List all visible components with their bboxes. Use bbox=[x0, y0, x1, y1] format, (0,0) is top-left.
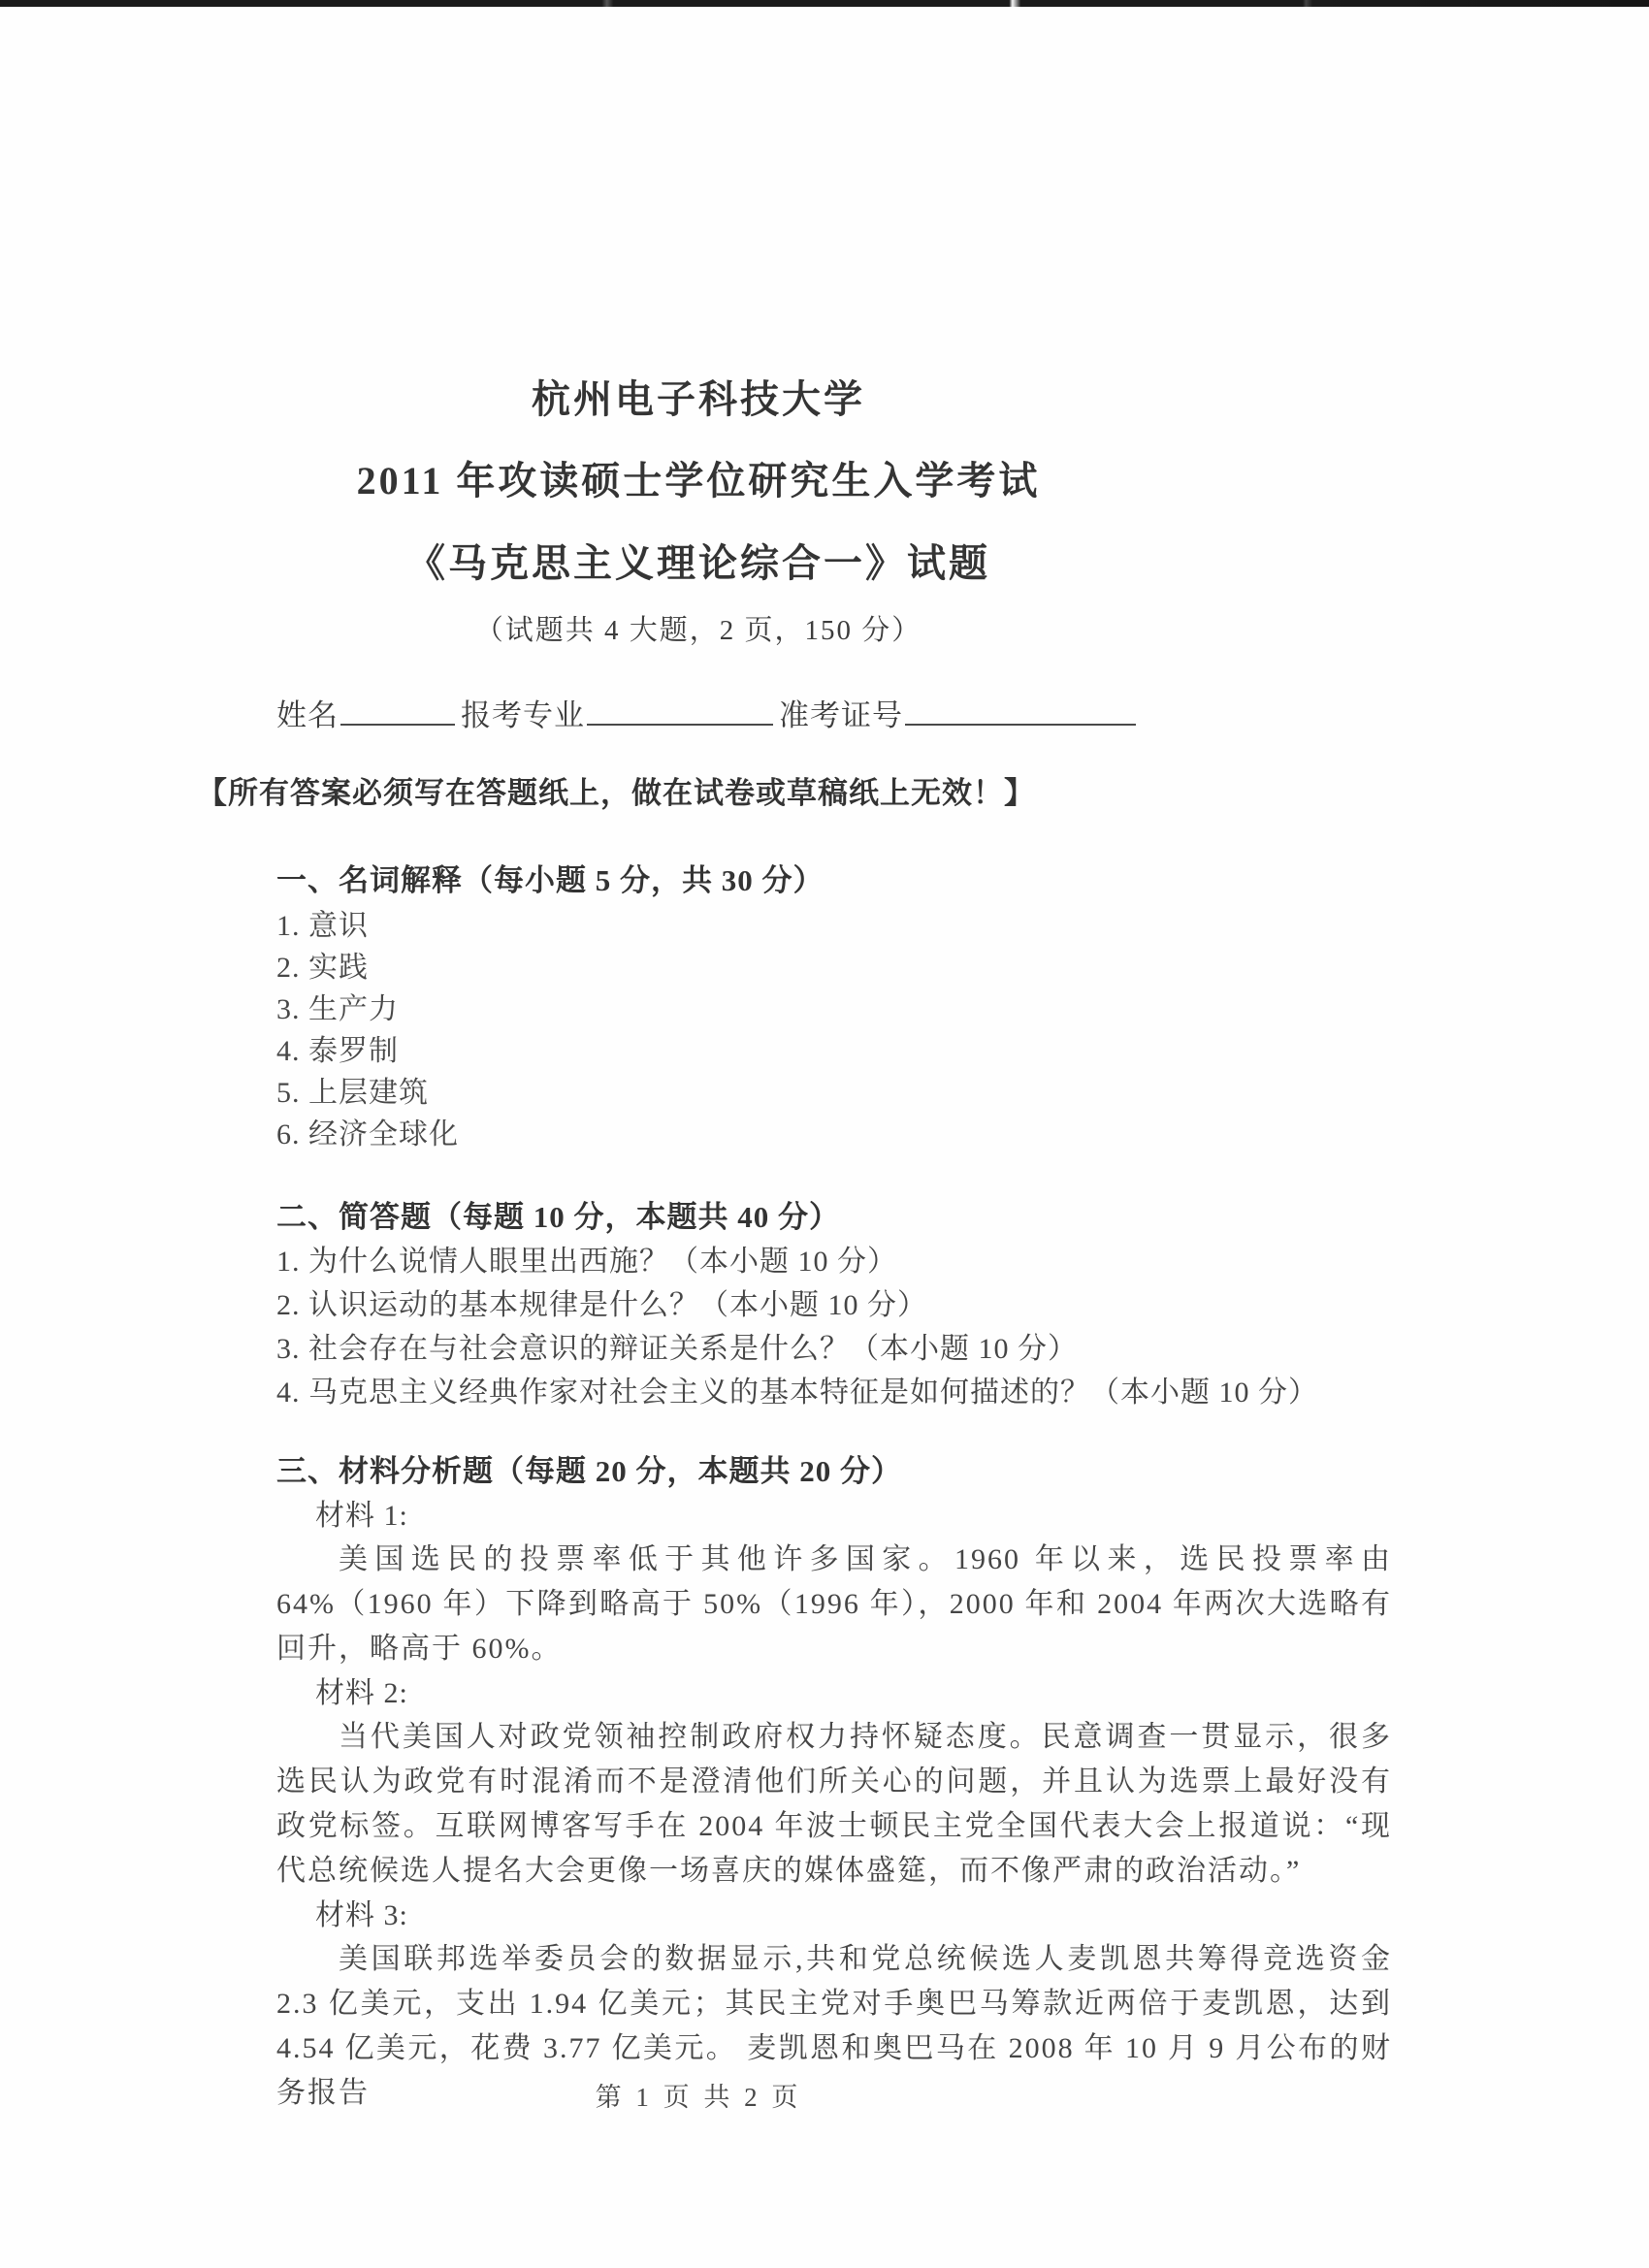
short-answer-item: 1. 为什么说情人眼里出西施？（本小题 10 分） bbox=[276, 1240, 1318, 1283]
candidate-info-row: 姓名报考专业准考证号 bbox=[276, 691, 1136, 734]
name-label: 姓名 bbox=[276, 698, 339, 732]
material-label: 材料 2: bbox=[315, 1671, 1392, 1715]
term-item: 4. 泰罗制 bbox=[276, 1030, 824, 1072]
university-title: 杭州电子科技大学 bbox=[0, 369, 1397, 424]
exam-session-title: 2011 年攻读硕士学位研究生入学考试 bbox=[0, 450, 1397, 505]
term-item: 2. 实践 bbox=[276, 947, 824, 988]
page-footer: 第 1 页 共 2 页 bbox=[0, 2076, 1397, 2114]
section-two-title: 二、简答题（每题 10 分，本题共 40 分） bbox=[276, 1195, 1318, 1240]
answer-notice: 【所有答案必须写在答题纸上，做在试卷或草稿纸上无效！】 bbox=[0, 768, 1232, 812]
ticket-blank-line bbox=[905, 695, 1136, 726]
ticket-label: 准考证号 bbox=[779, 698, 903, 732]
major-label: 报考专业 bbox=[461, 698, 585, 732]
short-answer-item: 4. 马克思主义经典作家对社会主义的基本特征是如何描述的？（本小题 10 分） bbox=[276, 1371, 1318, 1414]
scan-artifact-bar bbox=[0, 0, 1649, 7]
exam-paper-page: 杭州电子科技大学 2011 年攻读硕士学位研究生入学考试 《马克思主义理论综合一… bbox=[0, 0, 1649, 2268]
name-blank-line bbox=[340, 695, 455, 726]
section-material-analysis: 三、材料分析题（每题 20 分，本题共 20 分） 材料 1: 美国选民的投票率… bbox=[276, 1449, 1392, 2116]
term-item: 6. 经济全球化 bbox=[276, 1114, 824, 1155]
term-item: 1. 意识 bbox=[276, 905, 824, 947]
section-three-title: 三、材料分析题（每题 20 分，本题共 20 分） bbox=[276, 1449, 1392, 1494]
short-answer-item: 2. 认识运动的基本规律是什么？（本小题 10 分） bbox=[276, 1283, 1318, 1327]
material-label: 材料 1: bbox=[315, 1494, 1392, 1538]
major-blank-line bbox=[587, 695, 773, 726]
material-text: 当代美国人对政党领袖控制政府权力持怀疑态度。民意调查一贯显示，很多选民认为政党有… bbox=[276, 1715, 1392, 1894]
paper-title: 《马克思主义理论综合一》试题 bbox=[0, 533, 1397, 588]
section-short-answers: 二、简答题（每题 10 分，本题共 40 分） 1. 为什么说情人眼里出西施？（… bbox=[276, 1195, 1318, 1414]
paper-meta: （试题共 4 大题，2 页，150 分） bbox=[0, 608, 1397, 648]
material-label: 材料 3: bbox=[315, 1894, 1392, 1937]
term-item: 5. 上层建筑 bbox=[276, 1072, 824, 1114]
section-one-title: 一、名词解释（每小题 5 分，共 30 分） bbox=[276, 859, 824, 903]
term-item: 3. 生产力 bbox=[276, 988, 824, 1030]
short-answer-item: 3. 社会存在与社会意识的辩证关系是什么？（本小题 10 分） bbox=[276, 1327, 1318, 1371]
material-text: 美国选民的投票率低于其他许多国家。1960 年以来，选民投票率由 64%（196… bbox=[276, 1538, 1392, 1671]
section-term-definitions: 一、名词解释（每小题 5 分，共 30 分） 1. 意识 2. 实践 3. 生产… bbox=[276, 859, 824, 1155]
